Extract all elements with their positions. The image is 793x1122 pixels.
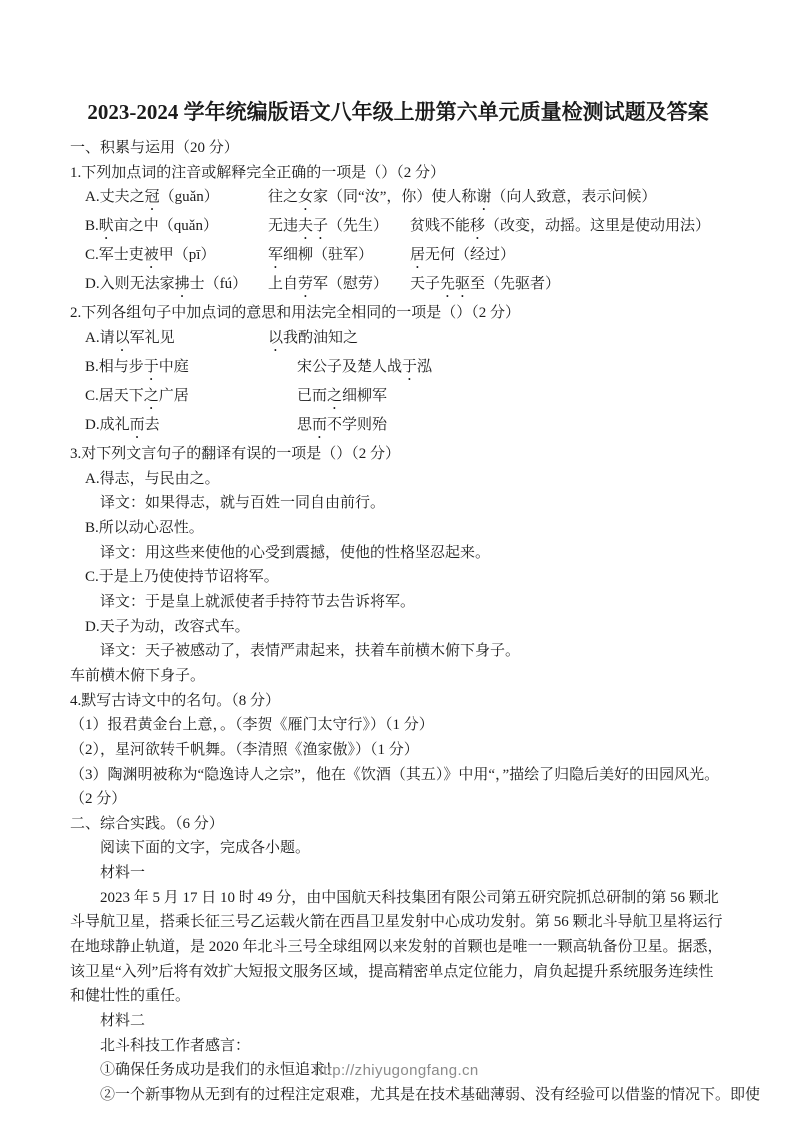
q4-item-3: （3）陶渊明被称为“隐逸诗人之宗”，他在《饮酒（其五）》中用“，”描绘了归隐后美…	[70, 763, 726, 812]
document-content: 2023-2024 学年统编版语文八年级上册第六单元质量检测试题及答案 一、积累…	[70, 0, 726, 1108]
q3-stem: 3.对下列文言句子的翻译有误的一项是（）（2 分）	[70, 442, 726, 467]
q2-option-c: C.居天下之广居 已而之细柳军	[70, 384, 726, 413]
q2-stem: 2.下列各组句子中加点词的意思和用法完全相同的一项是（）（2 分）	[70, 301, 726, 326]
q2-a-col1: A.请以军礼见	[85, 326, 268, 355]
q3-trans-a: 译文：如果得志，就与百姓一同自由前行。	[70, 491, 726, 516]
q3-stray-line: 车前横木俯下身子。	[70, 664, 726, 689]
q4-item-2: （2），星河欲转千帆舞。（李清照《渔家傲》）（1 分）	[70, 738, 726, 763]
q1-option-c: C.军士吏被甲（pī） 军细柳（驻军） 居无何（经过）	[70, 243, 726, 272]
q4-item-1: （1）报君黄金台上意，。（李贺《雁门太守行》）（1 分）	[70, 713, 726, 738]
q1-option-a: A.丈夫之冠（guǎn） 往之女家（同“汝”，你） 使人称谢（向人致意，表示问候…	[70, 185, 726, 214]
q2-d-col2: 思而不学则殆	[297, 413, 439, 442]
q1-b-col2: 无违夫子（先生）	[268, 214, 410, 243]
q3-trans-d: 译文：天子被感动了，表情严肃起来，扶着车前横木俯下身子。	[70, 639, 726, 664]
material2-label: 材料二	[70, 1009, 726, 1034]
q3-option-a: A.得志，与民由之。	[70, 467, 726, 492]
q1-b-col1: B.畎亩之中（quǎn）	[85, 214, 268, 243]
q2-c-col2: 已而之细柳军	[297, 384, 439, 413]
material2-line-3: ②一个新事物从无到有的过程注定艰难，尤其是在技术基础薄弱、没有经验可以借鉴的情况…	[70, 1083, 726, 1108]
material1-paragraph: 2023 年 5 月 17 日 10 时 49 分，由中国航天科技集团有限公司第…	[70, 886, 726, 1009]
q2-c-col1: C.居天下之广居	[85, 384, 297, 413]
q1-c-col1: C.军士吏被甲（pī）	[85, 243, 268, 272]
q2-a-col2: 以我酌油知之	[268, 326, 410, 355]
material2-line-1: 北斗科技工作者感言：	[70, 1034, 726, 1059]
q1-a-col3: 使人称谢（向人致意，表示问候）	[431, 185, 656, 214]
q1-c-col3: 居无何（经过）	[410, 243, 515, 272]
footer-url: http://zhiyugongfang.cn	[0, 1062, 793, 1079]
q1-c-col2: 军细柳（驻军）	[268, 243, 410, 272]
section1-heading: 一、积累与运用（20 分）	[70, 136, 726, 161]
q3-option-c: C.于是上乃使使持节诏将军。	[70, 565, 726, 590]
q1-a-col1: A.丈夫之冠（guǎn）	[85, 185, 268, 214]
q1-option-b: B.畎亩之中（quǎn） 无违夫子（先生） 贫贱不能移（改变，动摇。这里是使动用…	[70, 214, 726, 243]
q1-b-col3: 贫贱不能移（改变，动摇。这里是使动用法）	[410, 214, 710, 243]
q3-trans-b: 译文：用这些来使他的心受到震撼，使他的性格坚忍起来。	[70, 541, 726, 566]
q1-a-col2: 往之女家（同“汝”，你）	[268, 185, 431, 214]
q2-d-col1: D.成礼而去	[85, 413, 297, 442]
q2-option-a: A.请以军礼见 以我酌油知之	[70, 326, 726, 355]
document-page: 2023-2024 学年统编版语文八年级上册第六单元质量检测试题及答案 一、积累…	[0, 0, 793, 1122]
q1-d-col3: 天子先驱至（先驱者）	[410, 272, 560, 301]
section2-intro: 阅读下面的文字，完成各小题。	[70, 836, 726, 861]
q3-option-b: B.所以动心忍性。	[70, 516, 726, 541]
material1-label: 材料一	[70, 861, 726, 886]
q1-option-d: D.入则无法家拂士（fú） 上自劳军（慰劳） 天子先驱至（先驱者）	[70, 272, 726, 301]
page-title: 2023-2024 学年统编版语文八年级上册第六单元质量检测试题及答案	[70, 97, 726, 127]
section2-heading: 二、综合实践。（6 分）	[70, 812, 726, 837]
q2-b-col2: 宋公子及楚人战于泓	[297, 355, 439, 384]
q3-trans-c: 译文：于是皇上就派使者手持符节去告诉将军。	[70, 590, 726, 615]
q2-option-d: D.成礼而去 思而不学则殆	[70, 413, 726, 442]
q2-option-b: B.相与步于中庭 宋公子及楚人战于泓	[70, 355, 726, 384]
q1-d-col1: D.入则无法家拂士（fú）	[85, 272, 268, 301]
q1-stem: 1.下列加点词的注音或解释完全正确的一项是（）（2 分）	[70, 161, 726, 186]
q2-b-col1: B.相与步于中庭	[85, 355, 297, 384]
q1-d-col2: 上自劳军（慰劳）	[268, 272, 410, 301]
q4-stem: 4.默写古诗文中的名句。（8 分）	[70, 689, 726, 714]
q3-option-d: D.天子为动，改容式车。	[70, 615, 726, 640]
